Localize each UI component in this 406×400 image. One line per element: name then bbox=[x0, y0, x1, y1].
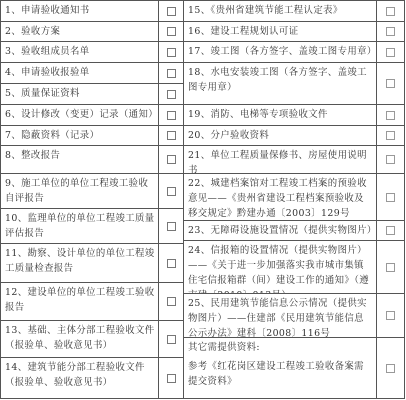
checklist-row: 1、申请验收通知书 bbox=[0, 0, 184, 21]
checklist-item-line: 其它需提供资料: bbox=[188, 340, 373, 355]
checklist-item-label: 1、申请验收通知书 bbox=[0, 1, 158, 21]
checklist-item-label: 2、验收方案 bbox=[0, 22, 158, 41]
checklist-item-label: 其它需提供资料:参考《红花岗区建设工程竣工验收备案需提交资料》 bbox=[183, 338, 376, 398]
checkbox-cell bbox=[158, 126, 184, 145]
checklist-item-label: 23、无障碍设施设置情况（提供实物图片） bbox=[183, 221, 376, 240]
checkbox-icon[interactable] bbox=[386, 155, 395, 164]
checklist-row: 16、建设工程规划认可证 bbox=[183, 21, 405, 41]
checkbox-icon[interactable] bbox=[386, 311, 395, 320]
checklist-item-label: 16、建设工程规划认可证 bbox=[183, 22, 376, 41]
checklist-item-label: 14、建筑节能分部工程验收文件（报验单、验收意见书） bbox=[0, 358, 158, 398]
checkbox-icon[interactable] bbox=[167, 222, 176, 231]
checklist-item-label: 12、建设单位的单位工程竣工验收报告 bbox=[0, 283, 158, 320]
checkbox-cell bbox=[376, 126, 405, 145]
checklist-item-label: 9、施工单位的单位工程竣工验收自评报告 bbox=[0, 174, 158, 208]
checkbox-icon[interactable] bbox=[386, 27, 395, 36]
checkbox-cell bbox=[376, 42, 405, 62]
checklist-row: 7、隐蔽资料（记录） bbox=[0, 125, 184, 145]
checklist-row: 21、单位工程质量保修书、房屋使用说明书 bbox=[183, 145, 405, 173]
checklist-row: 25、民用建筑节能信息公示情况（提供实物图片）——住建部《民用建筑节能信息公示办… bbox=[183, 293, 405, 337]
checkbox-icon[interactable] bbox=[167, 131, 176, 140]
checkbox-cell bbox=[158, 174, 184, 208]
checkbox-cell bbox=[158, 22, 184, 41]
checkbox-icon[interactable] bbox=[167, 7, 176, 16]
checklist-item-label: 10、监理单位的单位工程竣工质量评估报告 bbox=[0, 209, 158, 243]
checklist-row: 18、水电安装竣工图（各方签字、盖竣工图专用章） bbox=[183, 62, 405, 104]
checkbox-icon[interactable] bbox=[386, 111, 395, 120]
checkbox-cell bbox=[158, 358, 184, 398]
checklist-item-label: 13、基础、主体分部工程验收文件（报验单、验收意见书） bbox=[0, 321, 158, 357]
acceptance-checklist-table: 1、申请验收通知书2、验收方案3、验收组成员名单4、申请验收报验单5、质量保证资… bbox=[0, 0, 406, 398]
checkbox-icon[interactable] bbox=[386, 226, 395, 235]
checkbox-cell bbox=[158, 42, 184, 62]
checklist-row: 11、勘察、设计单位的单位工程竣工质量检查报告 bbox=[0, 243, 184, 282]
checklist-row: 15、《贵州省建筑节能工程认定表》 bbox=[183, 0, 405, 21]
checkbox-icon[interactable] bbox=[386, 7, 395, 16]
checkbox-cell bbox=[376, 1, 405, 21]
checkbox-cell bbox=[158, 321, 184, 357]
checkbox-cell bbox=[376, 63, 405, 104]
checkbox-icon[interactable] bbox=[386, 48, 395, 57]
checklist-row: 23、无障碍设施设置情况（提供实物图片） bbox=[183, 220, 405, 240]
checkbox-cell bbox=[158, 84, 184, 104]
checkbox-icon[interactable] bbox=[167, 374, 176, 383]
checklist-row: 13、基础、主体分部工程验收文件（报验单、验收意见书） bbox=[0, 320, 184, 357]
checklist-item-label: 15、《贵州省建筑节能工程认定表》 bbox=[183, 1, 376, 21]
checkbox-cell bbox=[376, 338, 405, 398]
checklist-row: 其它需提供资料:参考《红花岗区建设工程竣工验收备案需提交资料》 bbox=[183, 337, 405, 399]
checkbox-icon[interactable] bbox=[386, 193, 395, 202]
checklist-row: 8、整改报告 bbox=[0, 145, 184, 173]
checklist-item-label: 21、单位工程质量保修书、房屋使用说明书 bbox=[183, 146, 376, 173]
checkbox-icon[interactable] bbox=[167, 259, 176, 268]
checkbox-cell bbox=[376, 221, 405, 240]
checkbox-icon[interactable] bbox=[167, 27, 176, 36]
checkbox-cell bbox=[158, 146, 184, 173]
checkbox-cell bbox=[158, 105, 184, 125]
checklist-item-label: 17、竣工图（各方签字、盖竣工图专用章） bbox=[183, 42, 376, 62]
checkbox-cell bbox=[376, 241, 405, 293]
checklist-item-label: 25、民用建筑节能信息公示情况（提供实物图片）——住建部《民用建筑节能信息公示办… bbox=[183, 294, 376, 337]
checklist-row: 5、质量保证资料 bbox=[0, 83, 184, 104]
checklist-row: 22、城建档案馆对工程竣工档案的预验收意见——《贵州省建设工程档案预验收及移交规… bbox=[183, 173, 405, 220]
checklist-item-label: 11、勘察、设计单位的单位工程竣工质量检查报告 bbox=[0, 244, 158, 282]
checklist-item-label: 5、质量保证资料 bbox=[0, 84, 158, 104]
checkbox-icon[interactable] bbox=[386, 131, 395, 140]
checklist-row: 17、竣工图（各方签字、盖竣工图专用章） bbox=[183, 41, 405, 62]
checklist-item-label: 18、水电安装竣工图（各方签字、盖竣工图专用章） bbox=[183, 63, 376, 104]
checkbox-icon[interactable] bbox=[167, 187, 176, 196]
checkbox-cell bbox=[376, 294, 405, 337]
checkbox-cell bbox=[376, 146, 405, 173]
checklist-row: 10、监理单位的单位工程竣工质量评估报告 bbox=[0, 208, 184, 243]
checklist-item-label: 7、隐蔽资料（记录） bbox=[0, 126, 158, 145]
checklist-item-label: 3、验收组成员名单 bbox=[0, 42, 158, 62]
checklist-row: 3、验收组成员名单 bbox=[0, 41, 184, 62]
checklist-item-label: 20、分户验收资料 bbox=[183, 126, 376, 145]
checkbox-cell bbox=[376, 22, 405, 41]
checklist-row: 20、分户验收资料 bbox=[183, 125, 405, 145]
checkbox-icon[interactable] bbox=[386, 79, 395, 88]
checkbox-cell bbox=[158, 244, 184, 282]
checkbox-cell bbox=[158, 1, 184, 21]
checklist-row: 2、验收方案 bbox=[0, 21, 184, 41]
checkbox-icon[interactable] bbox=[167, 48, 176, 57]
checklist-item-label: 24、信报箱的设置情况（提供实物图片）——《关于进一步加强落实我市城市集镇住宅信… bbox=[183, 241, 376, 293]
checklist-item-label: 19、消防、电梯等专项验收文件 bbox=[183, 105, 376, 125]
checkbox-cell bbox=[158, 283, 184, 320]
checkbox-icon[interactable] bbox=[167, 111, 176, 120]
checklist-row: 19、消防、电梯等专项验收文件 bbox=[183, 104, 405, 125]
checklist-item-label: 6、设计修改（变更）记录（通知） bbox=[0, 105, 158, 125]
checkbox-icon[interactable] bbox=[167, 297, 176, 306]
checklist-row: 24、信报箱的设置情况（提供实物图片）——《关于进一步加强落实我市城市集镇住宅信… bbox=[183, 240, 405, 293]
checkbox-cell bbox=[376, 174, 405, 220]
checklist-row: 4、申请验收报验单 bbox=[0, 62, 184, 83]
checklist-item-label: 8、整改报告 bbox=[0, 146, 158, 173]
checklist-row: 9、施工单位的单位工程竣工验收自评报告 bbox=[0, 173, 184, 208]
checkbox-icon[interactable] bbox=[386, 263, 395, 272]
checkbox-icon[interactable] bbox=[167, 155, 176, 164]
checklist-item-label: 4、申请验收报验单 bbox=[0, 63, 158, 83]
checkbox-icon[interactable] bbox=[167, 69, 176, 78]
checklist-item-line: 参考《红花岗区建设工程竣工验收备案需提交资料》 bbox=[188, 359, 373, 389]
checklist-item-label: 22、城建档案馆对工程竣工档案的预验收意见——《贵州省建设工程档案预验收及移交规… bbox=[183, 174, 376, 220]
checkbox-icon[interactable] bbox=[167, 335, 176, 344]
checkbox-icon[interactable] bbox=[167, 90, 176, 99]
checklist-row: 14、建筑节能分部工程验收文件（报验单、验收意见书） bbox=[0, 357, 184, 399]
checklist-row: 12、建设单位的单位工程竣工验收报告 bbox=[0, 282, 184, 320]
checklist-row: 6、设计修改（变更）记录（通知） bbox=[0, 104, 184, 125]
checkbox-cell bbox=[158, 209, 184, 243]
checkbox-icon[interactable] bbox=[386, 364, 395, 373]
checkbox-cell bbox=[158, 63, 184, 83]
checkbox-cell bbox=[376, 105, 405, 125]
